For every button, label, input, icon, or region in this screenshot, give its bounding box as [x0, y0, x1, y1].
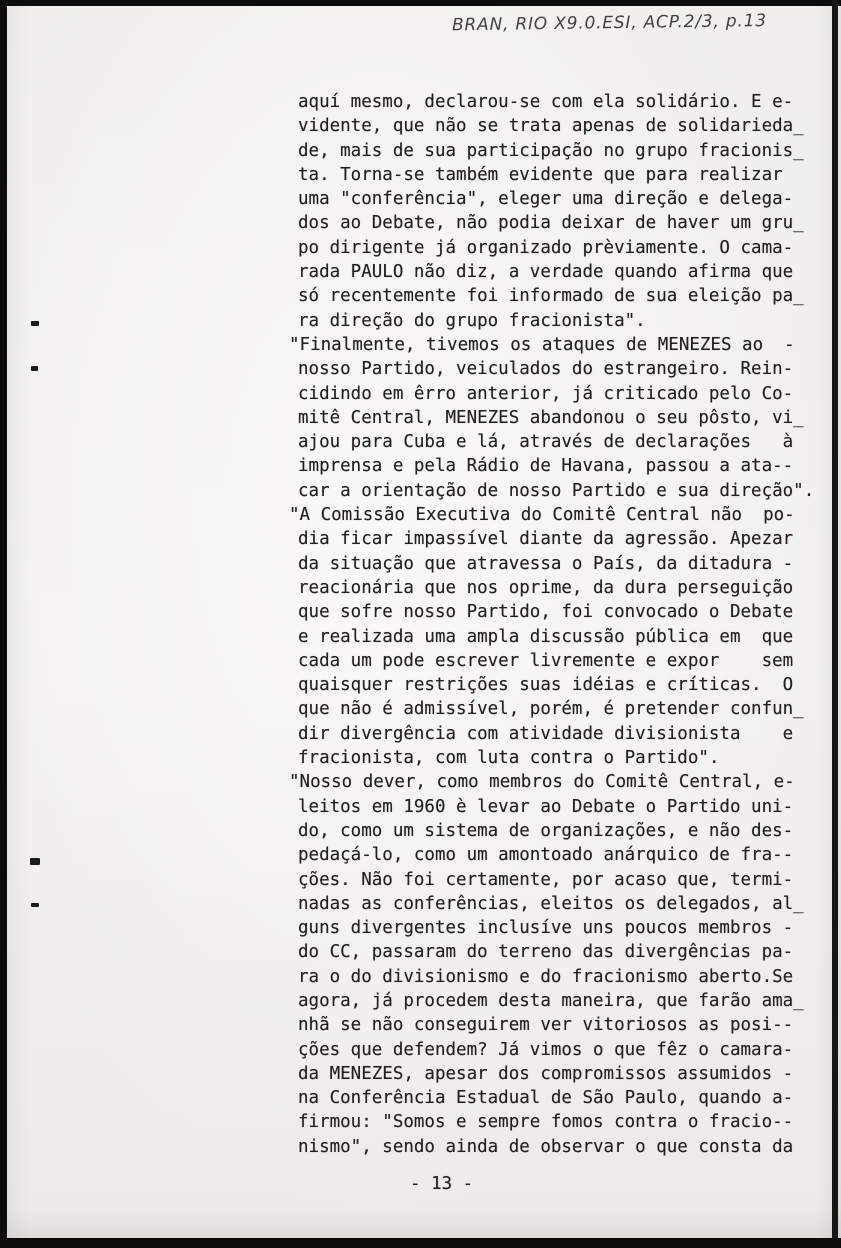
typed-text-line: e realizada uma ampla discussão pública …: [298, 625, 818, 649]
typed-text-line: "Finalmente, tivemos os ataques de MENEZ…: [298, 333, 818, 357]
typed-text-line: ra o do divisionismo e do fracionismo ab…: [298, 965, 818, 989]
typed-text-line: "Nosso dever, como membros do Comitê Cen…: [298, 770, 818, 794]
typed-text-line: na Conferência Estadual de São Paulo, qu…: [298, 1086, 818, 1110]
typed-text-line: ta. Torna-se também evidente que para re…: [298, 163, 818, 187]
typed-text-line: ções. Não foi certamente, por acaso que,…: [298, 868, 818, 892]
typed-text-line: que sofre nosso Partido, foi convocado o…: [298, 600, 818, 624]
typed-text-line: imprensa e pela Rádio de Havana, passou …: [298, 454, 818, 478]
typed-text-line: agora, já procedem desta maneira, que fa…: [298, 989, 818, 1013]
typed-text-line: quaisquer restrições suas idéias e críti…: [298, 673, 818, 697]
typed-text-line: da MENEZES, apesar dos compromissos assu…: [298, 1062, 818, 1086]
typed-text-line: guns divergentes inclusíve uns poucos me…: [298, 916, 818, 940]
typed-text-line: leitos em 1960 è levar ao Debate o Parti…: [298, 795, 818, 819]
scanned-document-page: BRAN, RIO X9.0.ESI, ACP.2/3, p.13 aquí m…: [0, 0, 841, 1248]
typed-text-line: "A Comissão Executiva do Comitê Central …: [298, 503, 818, 527]
typed-text-line: da situação que atravessa o País, da dit…: [298, 552, 818, 576]
typed-text-line: ajou para Cuba e lá, através de declaraç…: [298, 430, 818, 454]
typed-text-line: ções que defendem? Já vimos o que fêz o …: [298, 1038, 818, 1062]
margin-ink-speck: [31, 903, 39, 907]
typed-text-line: car a orientação de nosso Partido e sua …: [298, 479, 818, 503]
typed-text-line: nhã se não conseguirem ver vitoriosos as…: [298, 1013, 818, 1037]
typed-text-line: po dirigente já organizado prèviamente. …: [298, 236, 818, 260]
typed-text-line: só recentemente foi informado de sua ele…: [298, 284, 818, 308]
page-number: - 13 -: [410, 1174, 473, 1194]
typed-text-line: firmou: "Somos e sempre fomos contra o f…: [298, 1110, 818, 1134]
typed-text-line: nosso Partido, veiculados do estrangeiro…: [298, 357, 818, 381]
typed-text-line: vidente, que não se trata apenas de soli…: [298, 114, 818, 138]
margin-ink-speck: [31, 366, 38, 371]
margin-ink-speck: [30, 858, 40, 865]
typed-text-line: uma "conferência", eleger uma direção e …: [298, 187, 818, 211]
typed-text-line: cidindo em êrro anterior, já criticado p…: [298, 382, 818, 406]
document-body-text: aquí mesmo, declarou-se com ela solidári…: [298, 90, 818, 1159]
scan-border-right: [832, 0, 838, 1248]
typed-text-line: aquí mesmo, declarou-se com ela solidári…: [298, 90, 818, 114]
typed-text-line: dos ao Debate, não podia deixar de haver…: [298, 211, 818, 235]
typed-text-line: reacionária que nos oprime, da dura pers…: [298, 576, 818, 600]
typed-text-line: do, como um sistema de organizações, e n…: [298, 819, 818, 843]
typed-text-line: fracionista, com luta contra o Partido".: [298, 746, 818, 770]
scan-border-left: [0, 0, 7, 1248]
typed-text-line: rada PAULO não diz, a verdade quando afi…: [298, 260, 818, 284]
typed-text-line: que não é admissível, porém, é pretender…: [298, 697, 818, 721]
typed-text-line: mitê Central, MENEZES abandonou o seu pô…: [298, 406, 818, 430]
typed-text-line: do CC, passaram do terreno das divergênc…: [298, 940, 818, 964]
typed-text-line: dia ficar impassível diante da agressão.…: [298, 527, 818, 551]
typed-text-line: dir divergência com atividade divisionis…: [298, 722, 818, 746]
typed-text-line: cada um pode escrever livremente e expor…: [298, 649, 818, 673]
margin-ink-speck: [31, 321, 39, 326]
typed-text-line: nismo", sendo ainda de observar o que co…: [298, 1135, 818, 1159]
archive-annotation: BRAN, RIO X9.0.ESI, ACP.2/3, p.13: [452, 11, 792, 36]
scan-border-top: [0, 0, 841, 6]
typed-text-line: ra direção do grupo fracionista".: [298, 309, 818, 333]
typed-text-line: de, mais de sua participação no grupo fr…: [298, 139, 818, 163]
typed-text-line: pedaçá-lo, como um amontoado anárquico d…: [298, 843, 818, 867]
scan-border-bottom: [0, 1238, 841, 1248]
typed-text-line: nadas as conferências, eleitos os delega…: [298, 892, 818, 916]
